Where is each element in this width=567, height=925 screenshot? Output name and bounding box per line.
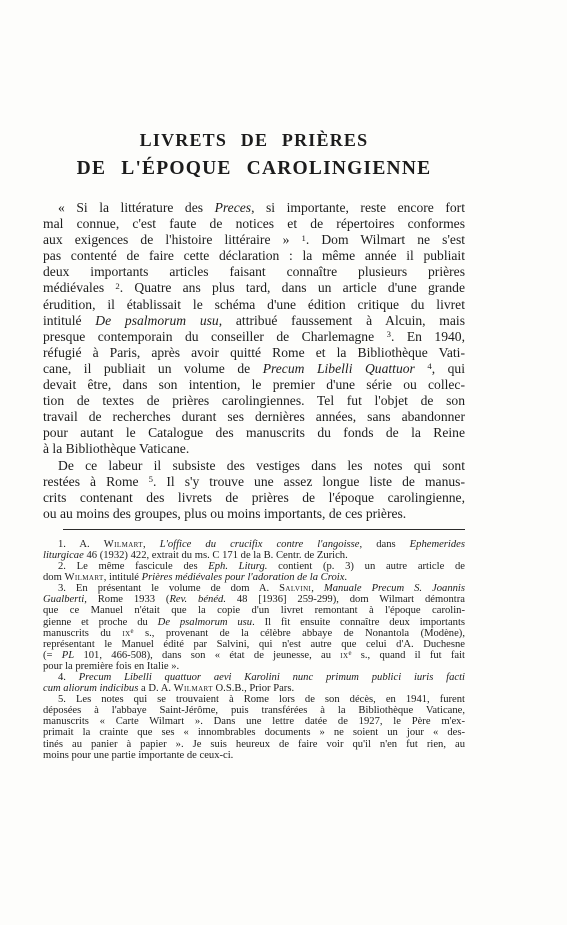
text-line: ou au moins des groupes, plus ou moins i…	[43, 506, 465, 522]
text-line: « Si la littérature des Preces, si impor…	[43, 200, 465, 216]
body-paragraph: « Si la littérature des Preces, si impor…	[43, 200, 465, 458]
text-line: pour la première fois en Italie ».	[43, 661, 465, 672]
text-line: pour autant le Catalogue des manuscrits …	[43, 425, 465, 441]
text-line: 1. A. Wilmart, L'office du crucifix cont…	[43, 539, 465, 550]
text-line: 5. Les notes qui se trouvaient à Rome lo…	[43, 694, 465, 705]
text-line: érudition, il établissait le schéma d'un…	[43, 297, 465, 313]
text-line: aux exigences de l'histoire littéraire »…	[43, 232, 465, 248]
text-line: pas contenté de faire cette déclaration …	[43, 248, 465, 264]
body-paragraph: De ce labeur il subsiste des vestiges da…	[43, 458, 465, 522]
text-line: représentant le Manuel édité par Salvini…	[43, 639, 465, 650]
text-line: 4. Precum Libelli quattuor aevi Karolini…	[43, 672, 465, 683]
text-line: Gualberti, Rome 1933 (Rev. bénéd. 48 [19…	[43, 594, 465, 605]
text-line: médiévales 2. Quatre ans plus tard, dans…	[43, 280, 465, 296]
text-line: gienne et proche du De psalmorum usu. Il…	[43, 617, 465, 628]
article-title: LIVRETS DE PRIÈRES DE L'ÉPOQUE CAROLINGI…	[43, 129, 465, 181]
text-line: restées à Rome 5. Il s'y trouve une asse…	[43, 474, 465, 490]
text-line: deux importants articles faisant connaît…	[43, 264, 465, 280]
text-line: travail de recherches durant ses dernièr…	[43, 409, 465, 425]
text-line: cane, il publiait un volume de Precum Li…	[43, 361, 465, 377]
footnote-2: 2. Le même fascicule des Eph. Liturg. co…	[43, 561, 465, 583]
text-line: presque contemporain du conseiller de Ch…	[43, 329, 465, 345]
text-line: mal connue, c'est faute de notices et de…	[43, 216, 465, 232]
footnote-1: 1. A. Wilmart, L'office du crucifix cont…	[43, 539, 465, 561]
text-line: manuscrits « Carte Wilmart ». Dans une l…	[43, 716, 465, 727]
text-line: cum aliorum indicibus a D. A. Wilmart O.…	[43, 683, 465, 694]
text-line: déposées à l'abbaye Saint-Jérôme, puis t…	[43, 705, 465, 716]
footnote-4: 4. Precum Libelli quattuor aevi Karolini…	[43, 672, 465, 694]
scanned-book-page: LIVRETS DE PRIÈRES DE L'ÉPOQUE CAROLINGI…	[0, 0, 567, 925]
footnote-3: 3. En présentant le volume de dom A. Sal…	[43, 583, 465, 672]
article-title-line-1: LIVRETS DE PRIÈRES	[43, 129, 465, 152]
text-line: tinés au panier à papier ». Je suis heur…	[43, 739, 465, 750]
text-line: intitulé De psalmorum usu, attribué faus…	[43, 313, 465, 329]
footnotes-block: 1. A. Wilmart, L'office du crucifix cont…	[43, 539, 465, 761]
text-line: liturgicae 46 (1932) 422, extrait du ms.…	[43, 550, 465, 561]
text-line: dom Wilmart, intitulé Prières médiévales…	[43, 572, 465, 583]
footnote-5: 5. Les notes qui se trouvaient à Rome lo…	[43, 694, 465, 761]
text-line: primait la crainte que ses « innombrable…	[43, 727, 465, 738]
text-line: réfugié à Paris, après avoir quitté Rome…	[43, 345, 465, 361]
footnote-separator-rule	[63, 529, 465, 530]
text-line: De ce labeur il subsiste des vestiges da…	[43, 458, 465, 474]
text-column: LIVRETS DE PRIÈRES DE L'ÉPOQUE CAROLINGI…	[43, 0, 465, 761]
text-line: devait être, dans son intention, le prem…	[43, 377, 465, 393]
text-line: à la Bibliothèque Vaticane.	[43, 441, 465, 457]
article-body: « Si la littérature des Preces, si impor…	[43, 200, 465, 522]
text-line: moins pour une partie importante de ceux…	[43, 750, 465, 761]
text-line: tion de textes de prières carolingiennes…	[43, 393, 465, 409]
text-line: 2. Le même fascicule des Eph. Liturg. co…	[43, 561, 465, 572]
text-line: (= PL 101, 466-508), dans son « état de …	[43, 650, 465, 661]
text-line: manuscrits du ixe s., provenant de la cé…	[43, 628, 465, 639]
text-line: crits contenant des livrets de prières d…	[43, 490, 465, 506]
text-line: que ce Manuel n'était que la copie d'un …	[43, 605, 465, 616]
text-line: 3. En présentant le volume de dom A. Sal…	[43, 583, 465, 594]
article-title-line-2: DE L'ÉPOQUE CAROLINGIENNE	[43, 157, 465, 181]
